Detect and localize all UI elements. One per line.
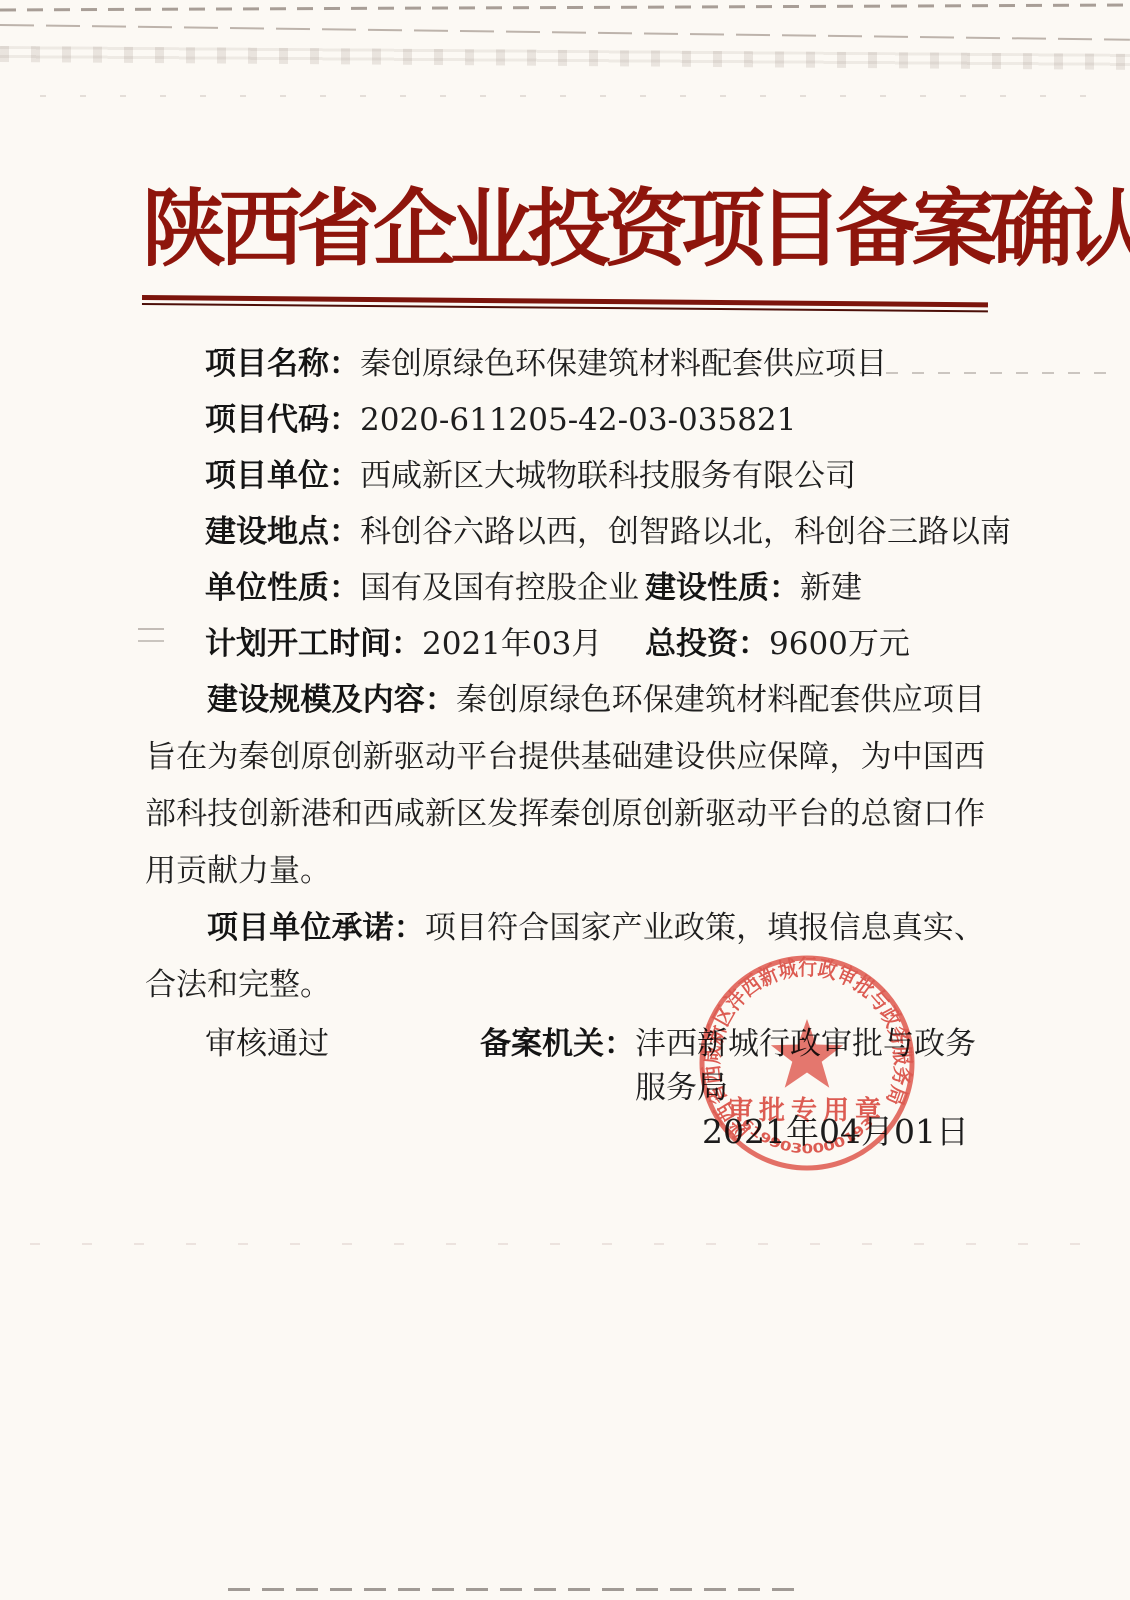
scale-label: 建设规模及内容： — [207, 682, 456, 718]
authority-label: 备案机关： — [480, 1022, 635, 1066]
field-row-natures: 单位性质：国有及国有控股企业建设性质：新建 — [145, 560, 985, 616]
construction-nature-pair: 建设性质：新建 — [645, 570, 862, 606]
scan-artifact-top-3 — [0, 46, 1130, 70]
field-row-location: 建设地点：科创谷六路以西，创智路以北，科创谷三路以南 — [145, 504, 985, 560]
location-value: 科创谷六路以西，创智路以北，科创谷三路以南 — [360, 514, 1011, 550]
scan-artifact-top-4 — [40, 95, 1090, 97]
seal-star-icon — [771, 1019, 843, 1088]
unit-nature-value: 国有及国有控股企业 — [360, 570, 639, 606]
project-name-value: 秦创原绿色环保建筑材料配套供应项目 — [360, 346, 887, 382]
field-row-project-code: 项目代码：2020-611205-42-03-035821 — [145, 392, 985, 448]
unit-nature-pair: 单位性质：国有及国有控股企业 — [205, 560, 645, 616]
planned-start-value: 2021年03月 — [422, 626, 602, 662]
project-name-label: 项目名称： — [205, 346, 360, 382]
scan-artifact-top-2 — [0, 24, 1130, 41]
construction-nature-value: 新建 — [800, 570, 862, 606]
total-investment-value: 9600万元 — [769, 626, 910, 662]
project-unit-value: 西咸新区大城物联科技服务有限公司 — [360, 458, 856, 494]
commitment-label: 项目单位承诺： — [207, 910, 425, 946]
scan-artifact-bottom — [228, 1588, 803, 1591]
field-row-project-unit: 项目单位：西咸新区大城物联科技服务有限公司 — [145, 448, 985, 504]
location-label: 建设地点： — [205, 514, 360, 550]
review-status: 审核通过 — [205, 1022, 480, 1066]
official-seal: 陕西省西咸新区沣西新城行政审批与政务服务局 审批专用章 619903000019… — [692, 948, 922, 1178]
scan-artifact-top-1 — [0, 4, 1130, 12]
title-divider — [142, 295, 988, 312]
scan-artifact-lower — [30, 1243, 1100, 1245]
unit-nature-label: 单位性质： — [205, 570, 360, 606]
project-code-value: 2020-611205-42-03-035821 — [360, 402, 796, 438]
project-code-label: 项目代码： — [205, 402, 360, 438]
project-unit-label: 项目单位： — [205, 458, 360, 494]
document-page: 陕西省企业投资项目备案确认书 项目名称：秦创原绿色环保建筑材料配套供应项目 项目… — [0, 0, 1130, 1600]
document-title: 陕西省企业投资项目备案确认书 — [142, 184, 988, 275]
scale-paragraph: 建设规模及内容：秦创原绿色环保建筑材料配套供应项目旨在为秦创原创新驱动平台提供基… — [145, 672, 985, 900]
planned-start-pair: 计划开工时间：2021年03月 — [205, 616, 645, 672]
total-investment-label: 总投资： — [645, 626, 769, 662]
field-row-start-investment: 计划开工时间：2021年03月总投资：9600万元 — [145, 616, 985, 672]
total-investment-pair: 总投资：9600万元 — [645, 626, 910, 662]
field-row-project-name: 项目名称：秦创原绿色环保建筑材料配套供应项目 — [145, 336, 985, 392]
construction-nature-label: 建设性质： — [645, 570, 800, 606]
planned-start-label: 计划开工时间： — [205, 626, 422, 662]
